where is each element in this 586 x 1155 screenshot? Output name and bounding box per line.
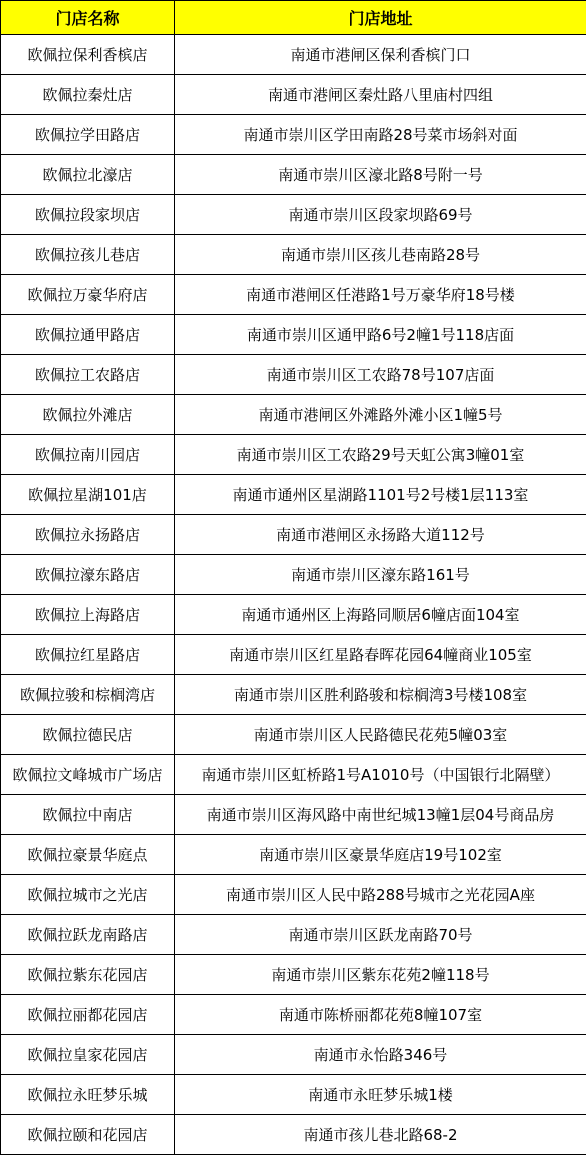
store-address-cell: 南通市崇川区工农路78号107店面 <box>175 355 586 395</box>
store-address-cell: 南通市崇川区红星路春晖花园64幢商业105室 <box>175 635 586 675</box>
table-row: 欧佩拉丽都花园店南通市陈桥丽都花苑8幢107室 <box>1 995 586 1035</box>
store-name-cell: 欧佩拉颐和花园店 <box>1 1115 175 1155</box>
store-name-cell: 欧佩拉上海路店 <box>1 595 175 635</box>
table-row: 欧佩拉颐和花园店南通市孩儿巷北路68-2 <box>1 1115 586 1155</box>
store-name-cell: 欧佩拉永旺梦乐城 <box>1 1075 175 1115</box>
store-address-cell: 南通市港闸区任港路1号万豪华府18号楼 <box>175 275 586 315</box>
table-row: 欧佩拉星湖101店南通市通州区星湖路1101号2号楼1层113室 <box>1 475 586 515</box>
store-address-cell: 南通市崇川区跃龙南路70号 <box>175 915 586 955</box>
store-list-table: 门店名称 门店地址 欧佩拉保利香槟店南通市港闸区保利香槟门口欧佩拉秦灶店南通市港… <box>0 0 586 1155</box>
table-row: 欧佩拉皇家花园店南通市永怡路346号 <box>1 1035 586 1075</box>
table-row: 欧佩拉城市之光店南通市崇川区人民中路288号城市之光花园A座 <box>1 875 586 915</box>
store-address-cell: 南通市永旺梦乐城1楼 <box>175 1075 586 1115</box>
table-row: 欧佩拉北濠店南通市崇川区濠北路8号附一号 <box>1 155 586 195</box>
store-name-cell: 欧佩拉皇家花园店 <box>1 1035 175 1075</box>
store-name-cell: 欧佩拉北濠店 <box>1 155 175 195</box>
store-name-cell: 欧佩拉通甲路店 <box>1 315 175 355</box>
table-row: 欧佩拉保利香槟店南通市港闸区保利香槟门口 <box>1 35 586 75</box>
table-row: 欧佩拉通甲路店南通市崇川区通甲路6号2幢1号118店面 <box>1 315 586 355</box>
store-name-cell: 欧佩拉星湖101店 <box>1 475 175 515</box>
table-row: 欧佩拉中南店南通市崇川区海风路中南世纪城13幢1层04号商品房 <box>1 795 586 835</box>
table-row: 欧佩拉万豪华府店南通市港闸区任港路1号万豪华府18号楼 <box>1 275 586 315</box>
table-row: 欧佩拉段家坝店南通市崇川区段家坝路69号 <box>1 195 586 235</box>
store-name-cell: 欧佩拉南川园店 <box>1 435 175 475</box>
table-row: 欧佩拉濠东路店南通市崇川区濠东路161号 <box>1 555 586 595</box>
store-address-cell: 南通市陈桥丽都花苑8幢107室 <box>175 995 586 1035</box>
store-address-cell: 南通市港闸区外滩路外滩小区1幢5号 <box>175 395 586 435</box>
store-address-cell: 南通市崇川区紫东花苑2幢118号 <box>175 955 586 995</box>
store-address-cell: 南通市崇川区虹桥路1号A1010号（中国银行北隔壁） <box>175 755 586 795</box>
table-row: 欧佩拉外滩店南通市港闸区外滩路外滩小区1幢5号 <box>1 395 586 435</box>
store-address-cell: 南通市通州区星湖路1101号2号楼1层113室 <box>175 475 586 515</box>
header-row: 门店名称 门店地址 <box>1 1 586 35</box>
store-address-cell: 南通市港闸区保利香槟门口 <box>175 35 586 75</box>
store-address-cell: 南通市港闸区永扬路大道112号 <box>175 515 586 555</box>
store-address-cell: 南通市崇川区段家坝路69号 <box>175 195 586 235</box>
store-address-cell: 南通市崇川区豪景华庭店19号102室 <box>175 835 586 875</box>
table-row: 欧佩拉文峰城市广场店南通市崇川区虹桥路1号A1010号（中国银行北隔壁） <box>1 755 586 795</box>
table-row: 欧佩拉永扬路店南通市港闸区永扬路大道112号 <box>1 515 586 555</box>
table-row: 欧佩拉骏和棕榈湾店南通市崇川区胜利路骏和棕榈湾3号楼108室 <box>1 675 586 715</box>
store-name-cell: 欧佩拉学田路店 <box>1 115 175 155</box>
store-name-cell: 欧佩拉万豪华府店 <box>1 275 175 315</box>
store-name-cell: 欧佩拉文峰城市广场店 <box>1 755 175 795</box>
store-address-cell: 南通市孩儿巷北路68-2 <box>175 1115 586 1155</box>
store-name-cell: 欧佩拉段家坝店 <box>1 195 175 235</box>
store-address-cell: 南通市崇川区人民路德民花苑5幢03室 <box>175 715 586 755</box>
store-name-cell: 欧佩拉德民店 <box>1 715 175 755</box>
store-name-cell: 欧佩拉秦灶店 <box>1 75 175 115</box>
table-row: 欧佩拉永旺梦乐城南通市永旺梦乐城1楼 <box>1 1075 586 1115</box>
store-address-cell: 南通市港闸区秦灶路八里庙村四组 <box>175 75 586 115</box>
store-name-cell: 欧佩拉丽都花园店 <box>1 995 175 1035</box>
table-row: 欧佩拉德民店南通市崇川区人民路德民花苑5幢03室 <box>1 715 586 755</box>
store-name-cell: 欧佩拉跃龙南路店 <box>1 915 175 955</box>
store-name-cell: 欧佩拉保利香槟店 <box>1 35 175 75</box>
store-name-cell: 欧佩拉外滩店 <box>1 395 175 435</box>
store-name-cell: 欧佩拉濠东路店 <box>1 555 175 595</box>
store-name-cell: 欧佩拉工农路店 <box>1 355 175 395</box>
store-name-cell: 欧佩拉红星路店 <box>1 635 175 675</box>
table-row: 欧佩拉孩儿巷店南通市崇川区孩儿巷南路28号 <box>1 235 586 275</box>
store-name-cell: 欧佩拉孩儿巷店 <box>1 235 175 275</box>
store-address-cell: 南通市崇川区海风路中南世纪城13幢1层04号商品房 <box>175 795 586 835</box>
store-address-cell: 南通市崇川区濠东路161号 <box>175 555 586 595</box>
store-address-cell: 南通市崇川区胜利路骏和棕榈湾3号楼108室 <box>175 675 586 715</box>
table-row: 欧佩拉红星路店南通市崇川区红星路春晖花园64幢商业105室 <box>1 635 586 675</box>
table-header: 门店名称 门店地址 <box>1 1 586 35</box>
table-row: 欧佩拉紫东花园店南通市崇川区紫东花苑2幢118号 <box>1 955 586 995</box>
store-name-cell: 欧佩拉骏和棕榈湾店 <box>1 675 175 715</box>
store-address-cell: 南通市永怡路346号 <box>175 1035 586 1075</box>
table-body: 欧佩拉保利香槟店南通市港闸区保利香槟门口欧佩拉秦灶店南通市港闸区秦灶路八里庙村四… <box>1 35 586 1155</box>
table-row: 欧佩拉南川园店南通市崇川区工农路29号天虹公寓3幢01室 <box>1 435 586 475</box>
store-address-cell: 南通市崇川区孩儿巷南路28号 <box>175 235 586 275</box>
column-header-store-name: 门店名称 <box>1 1 175 35</box>
store-name-cell: 欧佩拉紫东花园店 <box>1 955 175 995</box>
store-address-cell: 南通市崇川区学田南路28号菜市场斜对面 <box>175 115 586 155</box>
store-address-cell: 南通市崇川区工农路29号天虹公寓3幢01室 <box>175 435 586 475</box>
store-name-cell: 欧佩拉豪景华庭点 <box>1 835 175 875</box>
store-address-cell: 南通市崇川区通甲路6号2幢1号118店面 <box>175 315 586 355</box>
store-address-cell: 南通市崇川区人民中路288号城市之光花园A座 <box>175 875 586 915</box>
table-row: 欧佩拉学田路店南通市崇川区学田南路28号菜市场斜对面 <box>1 115 586 155</box>
table-row: 欧佩拉秦灶店南通市港闸区秦灶路八里庙村四组 <box>1 75 586 115</box>
table-row: 欧佩拉上海路店南通市通州区上海路同顺居6幢店面104室 <box>1 595 586 635</box>
store-name-cell: 欧佩拉永扬路店 <box>1 515 175 555</box>
store-address-cell: 南通市通州区上海路同顺居6幢店面104室 <box>175 595 586 635</box>
column-header-store-address: 门店地址 <box>175 1 586 35</box>
store-address-cell: 南通市崇川区濠北路8号附一号 <box>175 155 586 195</box>
table-row: 欧佩拉工农路店南通市崇川区工农路78号107店面 <box>1 355 586 395</box>
table-row: 欧佩拉跃龙南路店南通市崇川区跃龙南路70号 <box>1 915 586 955</box>
table-row: 欧佩拉豪景华庭点南通市崇川区豪景华庭店19号102室 <box>1 835 586 875</box>
store-name-cell: 欧佩拉城市之光店 <box>1 875 175 915</box>
store-name-cell: 欧佩拉中南店 <box>1 795 175 835</box>
